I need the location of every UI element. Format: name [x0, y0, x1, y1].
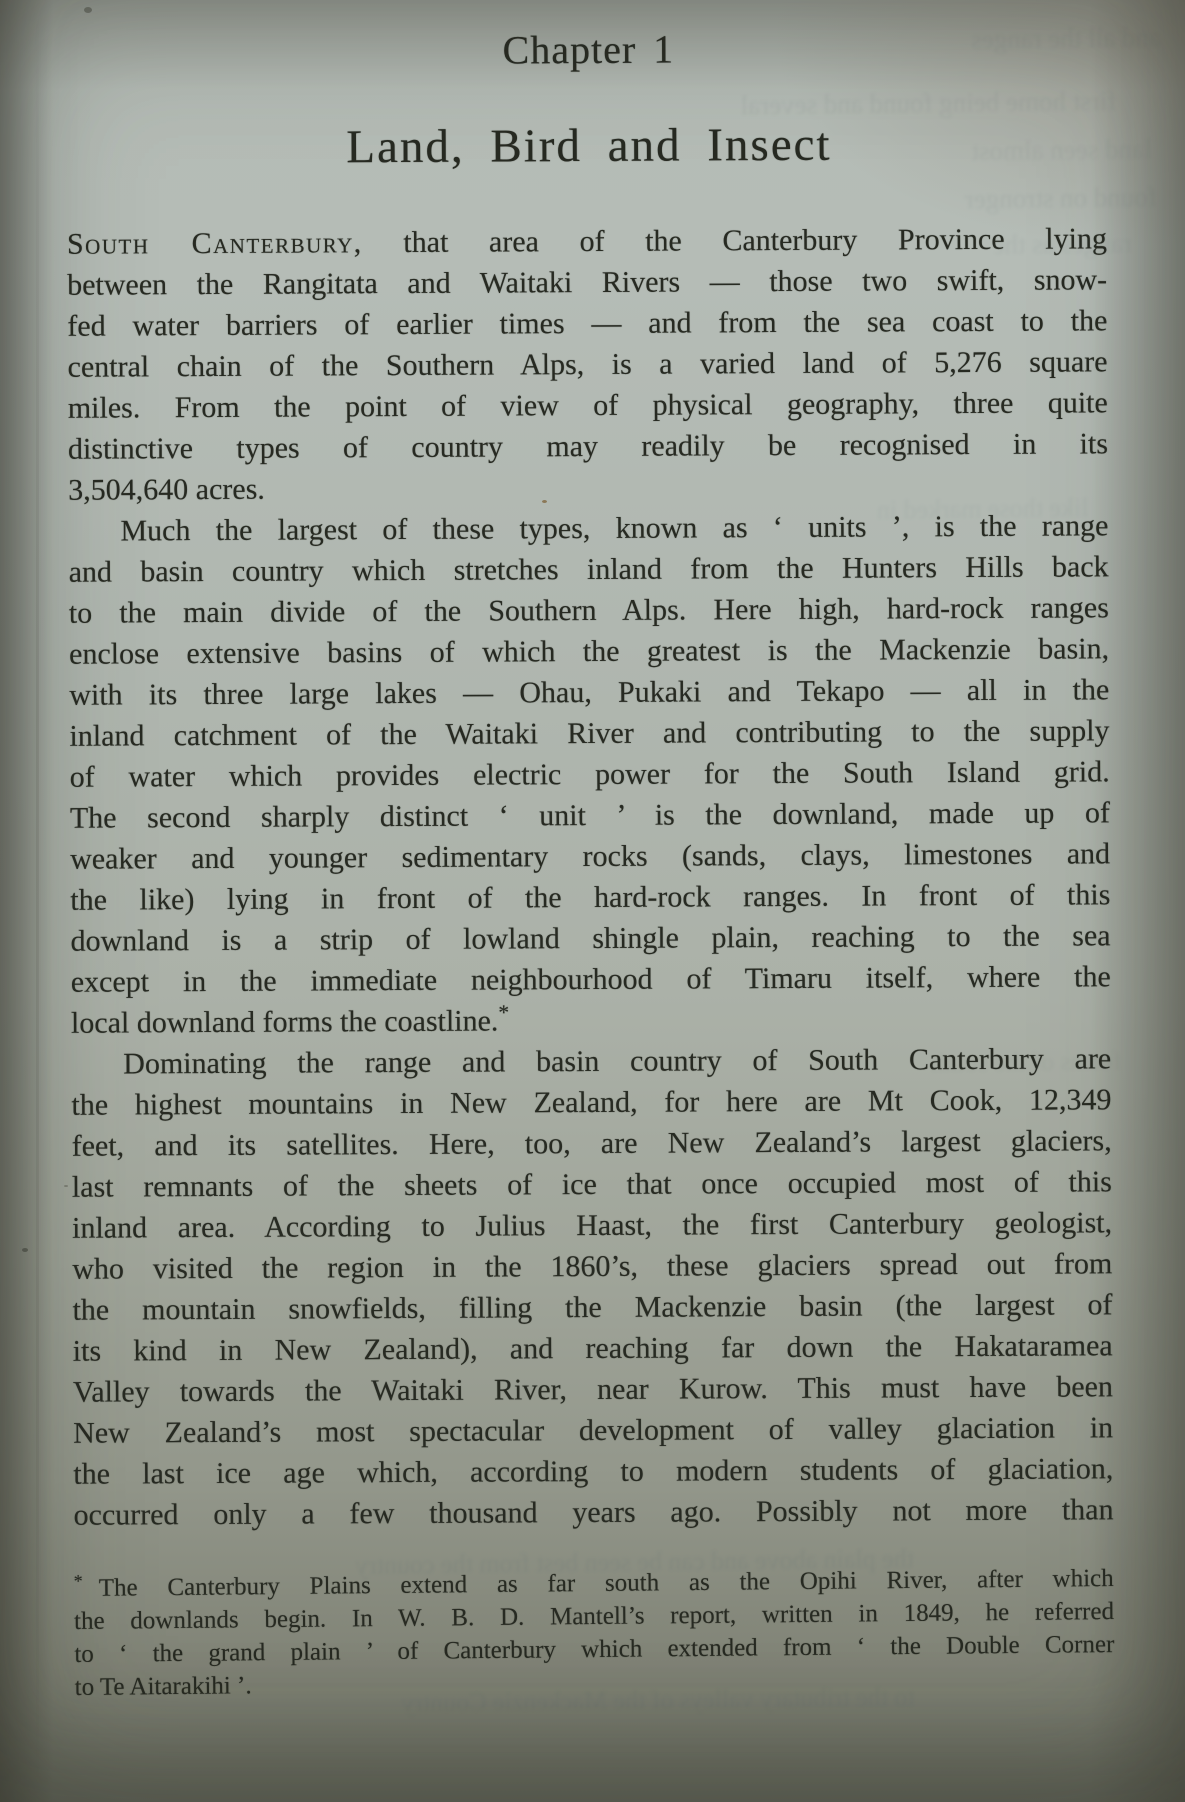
text-line: downland is a strip of lowland shingle p… — [70, 915, 1110, 961]
text-line: weaker and younger sedimentary rocks (sa… — [70, 833, 1110, 879]
text-line: and basin country which stretches inland… — [69, 546, 1109, 592]
text-line: with its three large lakes — Ohau, Pukak… — [69, 669, 1109, 715]
text-line: of water which provides electric power f… — [70, 751, 1110, 797]
text-line: except in the immediate neighbourhood of… — [71, 956, 1111, 1002]
text-line: who visited the region in the 1860’s, th… — [72, 1243, 1112, 1289]
book-page: Chapter 1 Land, Bird and Insect South Ca… — [0, 0, 1185, 1802]
text-line: enclose extensive basins of which the gr… — [69, 628, 1109, 674]
text-line: its kind in New Zealand), and reaching f… — [73, 1325, 1113, 1371]
bleedthrough-text: found on stronger — [812, 182, 1157, 217]
text-line: miles. From the point of view of physica… — [68, 382, 1108, 428]
text-line: inland catchment of the Waitaki River an… — [69, 710, 1109, 756]
text-line: the last ice age which, according to mod… — [73, 1448, 1113, 1494]
footnote-asterisk: * — [74, 1571, 83, 1591]
text-line: the highest mountains in New Zealand, fo… — [71, 1079, 1111, 1125]
text-line: the like) lying in front of the hard-roc… — [70, 874, 1110, 920]
text-line: Much the largest of these types, known a… — [68, 505, 1108, 551]
chapter-label: Chapter 1 — [0, 25, 1181, 75]
text-line: feet, and its satellites. Here, too, are… — [72, 1120, 1112, 1166]
smallcaps-lead: South Canterbury, — [67, 226, 363, 261]
text-line: South Canterbury, that area of the Cante… — [67, 218, 1107, 264]
text-line: fed water barriers of earlier times — an… — [67, 300, 1107, 346]
page-title: Land, Bird and Insect — [0, 117, 1182, 175]
text-line: local downland forms the coastline.* — [71, 997, 1111, 1043]
text-line: Dominating the range and basin country o… — [71, 1038, 1111, 1084]
text-line: occurred only a few thousand years ago. … — [73, 1489, 1113, 1535]
text-line: between the Rangitata and Waitaki Rivers… — [67, 259, 1107, 305]
text-line: The second sharply distinct ‘ unit ’ is … — [70, 792, 1110, 838]
text-line: to the main divide of the Southern Alps.… — [69, 587, 1109, 633]
paragraph: South Canterbury, that area of the Cante… — [67, 218, 1108, 510]
paragraph: Dominating the range and basin country o… — [71, 1038, 1114, 1535]
text-line: the mountain snowfields, filling the Mac… — [72, 1284, 1112, 1330]
text-line: 3,504,640 acres. — [68, 464, 1108, 510]
text-line: last remnants of the sheets of ice that … — [72, 1161, 1112, 1207]
text-line: New Zealand’s most spectacular developme… — [73, 1407, 1113, 1453]
text-line: distinctive types of country may readily… — [68, 423, 1108, 469]
text-line: inland area. According to Julius Haast, … — [72, 1202, 1112, 1248]
body-text: South Canterbury, that area of the Cante… — [67, 218, 1114, 1535]
text-line: Valley towards the Waitaki River, near K… — [73, 1366, 1113, 1412]
footnote: *The Canterbury Plains extend as far sou… — [74, 1562, 1115, 1704]
text-line: central chain of the Southern Alps, is a… — [67, 341, 1107, 387]
paragraph: Much the largest of these types, known a… — [68, 505, 1111, 1043]
footnote-reference-asterisk: * — [498, 1000, 509, 1024]
bleedthrough-text: first home being found and several — [686, 86, 1116, 122]
